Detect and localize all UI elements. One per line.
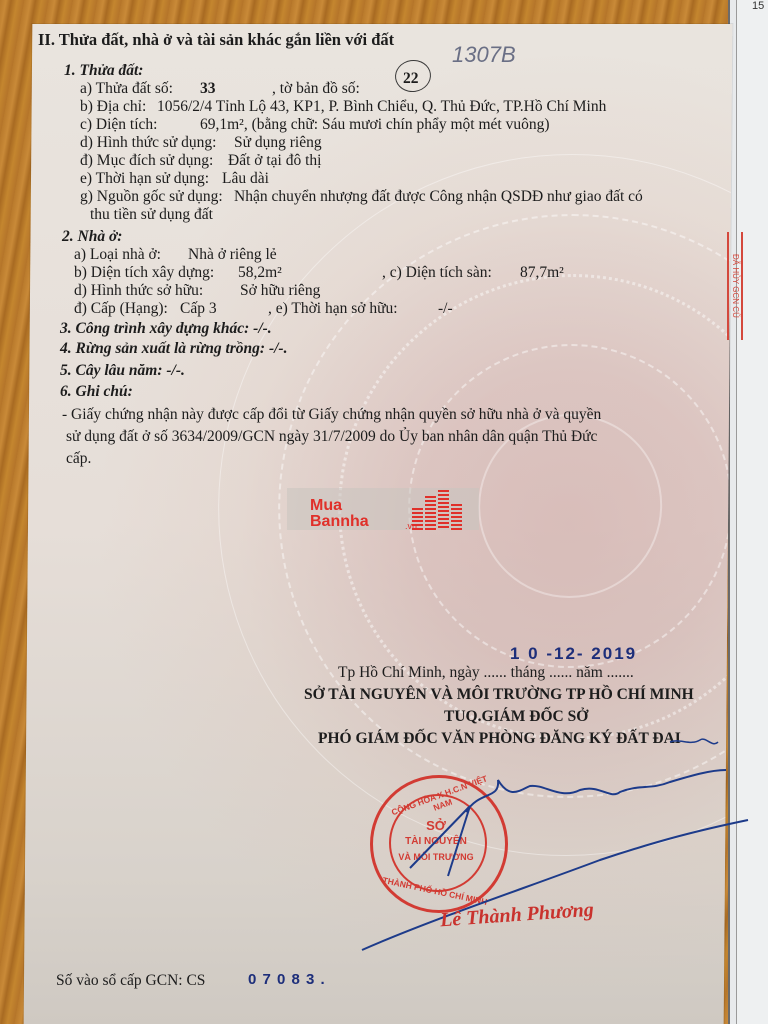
origin-value-cont: thu tiền sử dụng đất bbox=[90, 206, 213, 224]
usage-form-label: d) Hình thức sử dụng: bbox=[80, 134, 217, 152]
address-value: 1056/2/4 Tỉnh Lộ 43, KP1, P. Bình Chiểu,… bbox=[157, 98, 606, 116]
plot-number-value: 33 bbox=[200, 80, 216, 98]
side-cancel-stamp: ĐÃ HỦY GCN CŨ bbox=[727, 232, 743, 340]
usage-form-value: Sử dụng riêng bbox=[234, 134, 322, 152]
production-forest: 4. Rừng sản xuất là rừng trồng: -/-. bbox=[60, 340, 287, 358]
watermark-line-2: Bannha bbox=[310, 514, 369, 529]
house-type-label: a) Loại nhà ở: bbox=[74, 246, 161, 264]
area-value: 69,1m², (bằng chữ: Sáu mươi chín phẩy mộ… bbox=[200, 116, 550, 134]
term-label: e) Thời hạn sử dụng: bbox=[80, 170, 209, 188]
map-sheet-value: 22 bbox=[403, 70, 419, 88]
term-value: Lâu dài bbox=[222, 170, 269, 188]
issuing-authority: SỞ TÀI NGUYÊN VÀ MÔI TRƯỜNG TP HỒ CHÍ MI… bbox=[304, 686, 694, 704]
ownership-term-label: , e) Thời hạn sở hữu: bbox=[268, 300, 398, 318]
map-sheet-label: , tờ bản đồ số: bbox=[272, 80, 360, 98]
purpose-value: Đất ở tại đô thị bbox=[228, 152, 321, 170]
perennial-trees: 5. Cây lâu năm: -/-. bbox=[60, 362, 185, 380]
notes-line-2: sử dụng đất ở số 3634/2009/GCN ngày 31/7… bbox=[66, 428, 597, 446]
house-type-value: Nhà ở riêng lẻ bbox=[188, 246, 277, 264]
date-line: Tp Hồ Chí Minh, ngày ...... tháng ......… bbox=[338, 664, 634, 682]
adjacent-page bbox=[736, 0, 768, 1024]
on-behalf-of: TUQ.GIÁM ĐỐC SỞ bbox=[444, 708, 588, 726]
land-heading: 1. Thửa đất: bbox=[64, 62, 143, 80]
corner-page-number: 15 bbox=[752, 0, 764, 12]
ownership-term-value: -/- bbox=[438, 300, 453, 318]
building-logo-icon bbox=[412, 490, 462, 530]
notes-line-1: - Giấy chứng nhận này được cấp đổi từ Gi… bbox=[62, 406, 601, 424]
signer-position: PHÓ GIÁM ĐỐC VĂN PHÒNG ĐĂNG KÝ ĐẤT ĐAI bbox=[318, 730, 681, 748]
handwritten-note: 1307B bbox=[452, 42, 516, 68]
ownership-label: d) Hình thức sở hữu: bbox=[74, 282, 203, 300]
origin-value: Nhận chuyển nhượng đất được Công nhận QS… bbox=[234, 188, 643, 206]
other-works: 3. Công trình xây dựng khác: -/-. bbox=[60, 320, 272, 338]
seal-center-line-3: VÀ MÔI TRƯỜNG bbox=[395, 852, 477, 862]
build-area-value: 58,2m² bbox=[238, 264, 282, 282]
watermark-line-1: Mua bbox=[310, 498, 342, 513]
registry-label: Số vào sổ cấp GCN: CS bbox=[56, 972, 205, 990]
plot-number-label: a) Thửa đất số: bbox=[80, 80, 173, 98]
floor-area-value: 87,7m² bbox=[520, 264, 564, 282]
grade-value: Cấp 3 bbox=[180, 300, 217, 318]
grade-label: đ) Cấp (Hạng): bbox=[74, 300, 168, 318]
floor-area-label: , c) Diện tích sàn: bbox=[382, 264, 492, 282]
origin-label: g) Nguồn gốc sử dụng: bbox=[80, 188, 223, 206]
purpose-label: đ) Mục đích sử dụng: bbox=[80, 152, 213, 170]
stamped-date: 1 0 -12- 2019 bbox=[510, 644, 637, 664]
ownership-value: Sở hữu riêng bbox=[240, 282, 320, 300]
section-title: II. Thửa đất, nhà ở và tài sản khác gắn … bbox=[38, 30, 394, 50]
registry-number: 0 7 0 8 3 . bbox=[248, 971, 326, 988]
address-label: b) Địa chỉ: bbox=[80, 98, 146, 116]
notes-line-3: cấp. bbox=[66, 450, 91, 468]
area-label: c) Diện tích: bbox=[80, 116, 157, 134]
seal-center-line-2: TÀI NGUYÊN bbox=[395, 836, 477, 847]
build-area-label: b) Diện tích xây dựng: bbox=[74, 264, 214, 282]
seal-center-line-1: SỞ bbox=[395, 818, 477, 833]
notes-heading: 6. Ghi chú: bbox=[60, 383, 133, 401]
house-heading: 2. Nhà ở: bbox=[62, 228, 122, 246]
